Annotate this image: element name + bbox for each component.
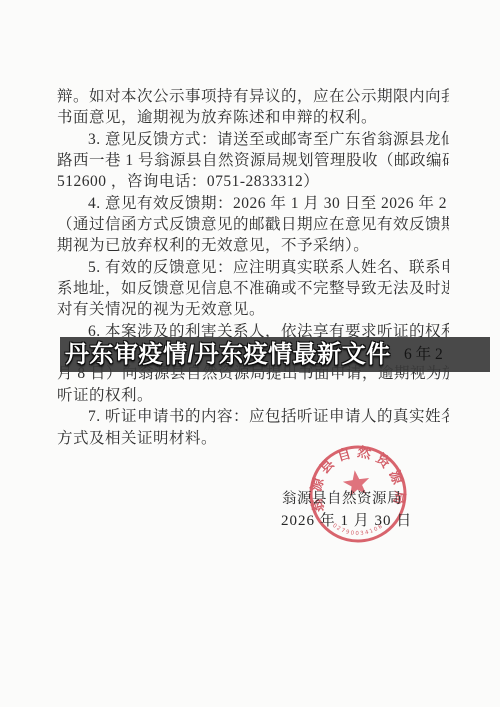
- document-line: 系地址，如反馈意见信息不准确或不完整导致无法及时进一步核: [57, 278, 449, 299]
- document-line: 对有关情况的视为无效意见。: [57, 299, 449, 320]
- document-line: 期视为已放弃权利的无效意见，不予采纳）。: [57, 235, 449, 256]
- document-line: 路西一巷 1 号翁源县自然资源局规划管理股收（邮政编码：: [57, 150, 449, 171]
- document-line: 听证的权利。: [57, 385, 449, 406]
- document-line: （通过信函方式反馈意见的邮戳日期应在意见有效反馈期内，逾: [57, 214, 449, 235]
- document-line: 512600 ，咨询电话：0751-2833312）: [57, 171, 449, 192]
- document-line: 5. 有效的反馈意见：应注明真实联系人姓名、联系电话，联: [57, 257, 449, 278]
- document-line: 7. 听证申请书的内容：应包括听证申请人的真实姓名、联系: [57, 406, 449, 427]
- document-line: 辩。如对本次公示事项持有异议的，应在公示期限内向我局提出: [57, 86, 449, 107]
- issuer-name: 翁源县自然资源局: [282, 490, 402, 508]
- document-line: 书面意见，逾期视为放弃陈述和申辩的权利。: [57, 107, 449, 128]
- document-line: 3. 意见反馈方式：请送至或邮寄至广东省翁源县龙仙镇德政: [57, 129, 449, 150]
- document-line: 4. 意见有效反馈期：2026 年 1 月 30 日至 2026 年 2 月 8…: [57, 193, 449, 214]
- issue-date: 2026 年 1 月 30 日: [281, 512, 412, 531]
- document-body: 辩。如对本次公示事项持有异议的，应在公示期限内向我局提出 书面意见，逾期视为放弃…: [57, 86, 449, 449]
- watermark-title: 丹东审疫情/丹东疫情最新文件: [65, 340, 391, 369]
- covered-text-fragment: 6 年 2: [404, 344, 443, 366]
- scanned-document-page: { "overlay": { "title": "丹东审疫情/丹东疫情最新文件"…: [0, 0, 500, 707]
- watermark-banner: 6 年 2 丹东审疫情/丹东疫情最新文件: [60, 337, 490, 372]
